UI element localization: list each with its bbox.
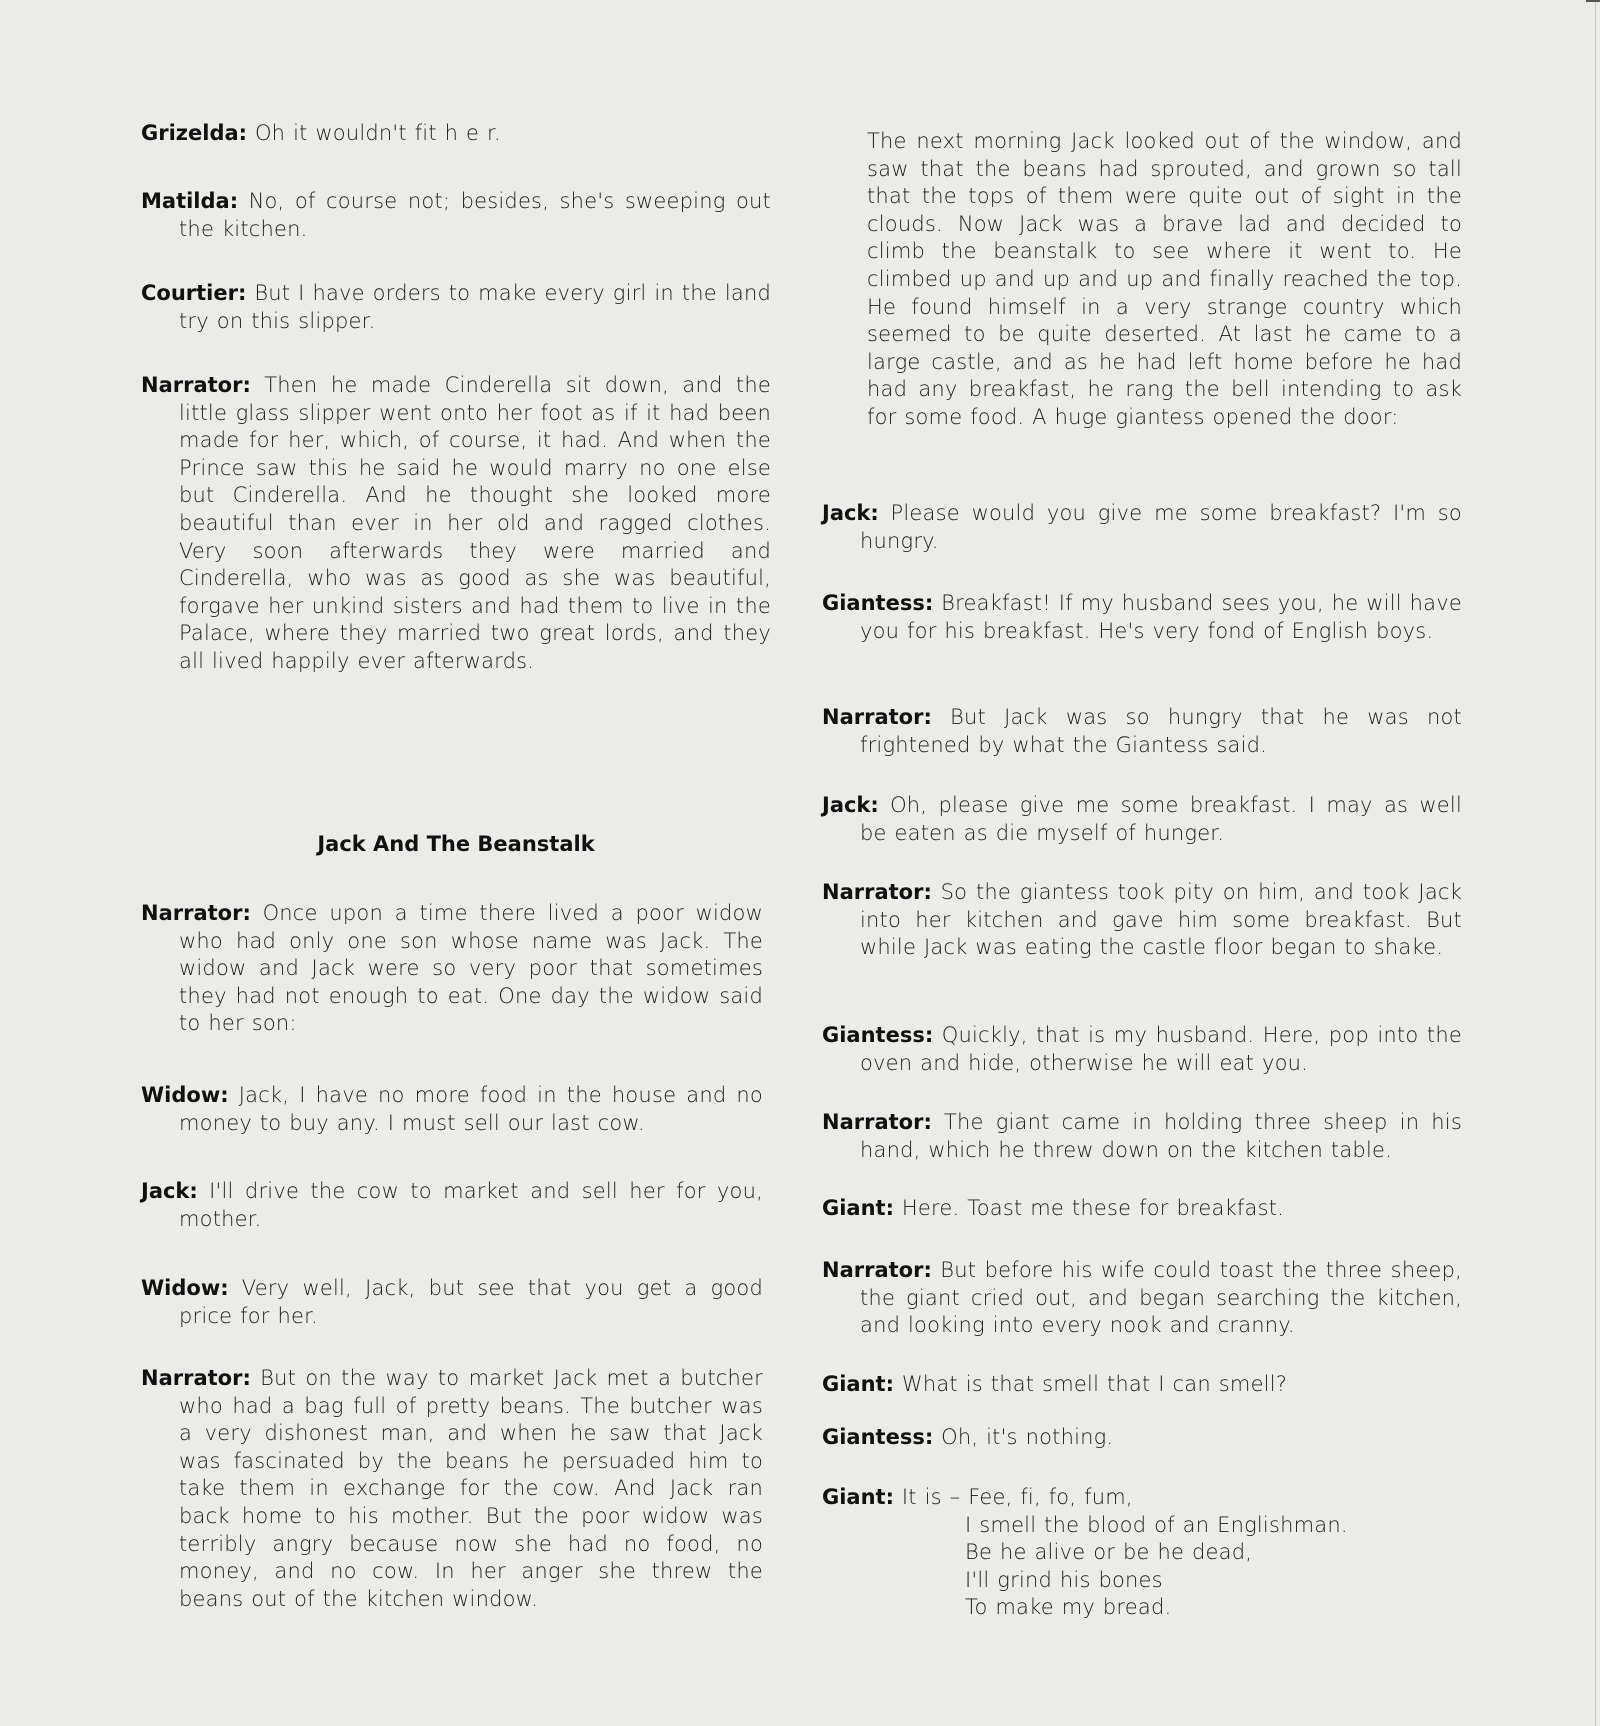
dialogue-text: Then he made Cinderella sit down, and th… xyxy=(179,373,771,673)
dialogue-narrator: Narrator: But before his wife could toas… xyxy=(822,1257,1462,1340)
dialogue-jack: Jack: Oh, please give me some breakfast.… xyxy=(822,792,1462,847)
dialogue-text: Jack, I have no more food in the house a… xyxy=(179,1083,763,1135)
dialogue-narrator: Narrator: But on the way to market Jack … xyxy=(141,1365,763,1613)
dialogue-text: I'll drive the cow to market and sell he… xyxy=(179,1179,763,1231)
speaker-label: Widow: xyxy=(141,1276,229,1300)
dialogue-giant: Giant: What is that smell that I can sme… xyxy=(822,1371,1462,1399)
dialogue-text: But on the way to market Jack met a butc… xyxy=(179,1366,763,1611)
verse-line: To make my bread. xyxy=(860,1594,1462,1622)
dialogue-narrator: Narrator: But Jack was so hungry that he… xyxy=(822,704,1462,759)
page-edge xyxy=(1595,0,1596,1726)
speaker-label: Narrator: xyxy=(141,373,251,397)
verse-line: I smell the blood of an Englishman. xyxy=(860,1512,1462,1540)
dialogue-text: But before his wife could toast the thre… xyxy=(860,1258,1462,1337)
dialogue-text: So the giantess took pity on him, and to… xyxy=(860,880,1462,959)
speaker-label: Narrator: xyxy=(141,901,251,925)
speaker-label: Jack: xyxy=(141,1179,198,1203)
speaker-label: Widow: xyxy=(141,1083,229,1107)
dialogue-grizelda: Grizelda: Oh it wouldn't fit h e r. xyxy=(141,120,771,148)
speaker-label: Courtier: xyxy=(141,281,246,305)
page-edge-corner xyxy=(1586,0,1600,2)
dialogue-narrator: Narrator: Once upon a time there lived a… xyxy=(141,900,763,1038)
dialogue-text: Here. Toast me these for breakfast. xyxy=(902,1196,1284,1220)
speaker-label: Jack: xyxy=(822,501,879,525)
dialogue-jack: Jack: I'll drive the cow to market and s… xyxy=(141,1178,763,1233)
verse-line: Be he alive or be he dead, xyxy=(860,1539,1462,1567)
dialogue-giantess: Giantess: Breakfast! If my husband sees … xyxy=(822,590,1462,645)
verse-intro: It is – Fee, fi, fo, fum, xyxy=(902,1485,1133,1509)
dialogue-text: But I have orders to make every girl in … xyxy=(179,281,771,333)
speaker-label: Grizelda: xyxy=(141,121,247,145)
dialogue-giantess: Giantess: Quickly, that is my husband. H… xyxy=(822,1022,1462,1077)
dialogue-text: Oh it wouldn't fit h e r. xyxy=(255,121,501,145)
dialogue-text: Quickly, that is my husband. Here, pop i… xyxy=(860,1023,1462,1075)
dialogue-giant: Giant: Here. Toast me these for breakfas… xyxy=(822,1195,1462,1223)
dialogue-widow: Widow: Jack, I have no more food in the … xyxy=(141,1082,763,1137)
dialogue-giantess: Giantess: Oh, it's nothing. xyxy=(822,1424,1462,1452)
speaker-label: Giantess: xyxy=(822,1023,933,1047)
dialogue-widow: Widow: Very well, Jack, but see that you… xyxy=(141,1275,763,1330)
dialogue-text: Oh, it's nothing. xyxy=(941,1425,1113,1449)
dialogue-narrator: Narrator: The giant came in holding thre… xyxy=(822,1109,1462,1164)
speaker-label: Giant: xyxy=(822,1485,894,1509)
speaker-label: Narrator: xyxy=(822,880,932,904)
speaker-label: Giantess: xyxy=(822,591,933,615)
dialogue-text: The giant came in holding three sheep in… xyxy=(860,1110,1462,1162)
speaker-label: Narrator: xyxy=(822,1258,932,1282)
speaker-label: Giant: xyxy=(822,1196,894,1220)
speaker-label: Matilda: xyxy=(141,189,238,213)
dialogue-text: Very well, Jack, but see that you get a … xyxy=(179,1276,763,1328)
speaker-label: Giantess: xyxy=(822,1425,933,1449)
dialogue-text: Oh, please give me some breakfast. I may… xyxy=(860,793,1462,845)
dialogue-giant-verse: Giant: It is – Fee, fi, fo, fum, I smell… xyxy=(822,1484,1462,1622)
speaker-label: Narrator: xyxy=(822,1110,932,1134)
speaker-label: Giant: xyxy=(822,1372,894,1396)
dialogue-text: No, of course not; besides, she's sweepi… xyxy=(179,189,771,241)
dialogue-text: Breakfast! If my husband sees you, he wi… xyxy=(860,591,1462,643)
section-heading: Jack And The Beanstalk xyxy=(141,831,771,858)
dialogue-narrator: Narrator: Then he made Cinderella sit do… xyxy=(141,372,771,676)
speaker-label: Jack: xyxy=(822,793,879,817)
dialogue-text: But Jack was so hungry that he was not f… xyxy=(860,705,1462,757)
dialogue-text: What is that smell that I can smell? xyxy=(902,1372,1287,1396)
verse-line: I'll grind his bones xyxy=(860,1567,1462,1595)
dialogue-matilda: Matilda: No, of course not; besides, she… xyxy=(141,188,771,243)
dialogue-text: Once upon a time there lived a poor wido… xyxy=(179,901,763,1035)
speaker-label: Narrator: xyxy=(141,1366,251,1390)
dialogue-jack: Jack: Please would you give me some brea… xyxy=(822,500,1462,555)
dialogue-text: Please would you give me some breakfast?… xyxy=(860,501,1462,553)
narration-continuation: The next morning Jack looked out of the … xyxy=(822,128,1462,432)
dialogue-narrator: Narrator: So the giantess took pity on h… xyxy=(822,879,1462,962)
dialogue-courtier: Courtier: But I have orders to make ever… xyxy=(141,280,771,335)
speaker-label: Narrator: xyxy=(822,705,932,729)
